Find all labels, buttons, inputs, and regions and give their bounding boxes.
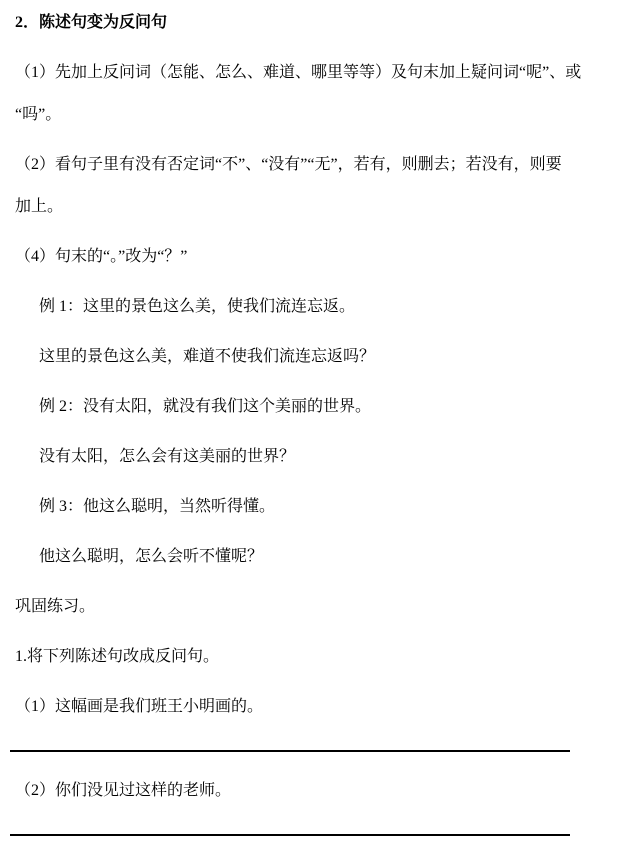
example-2-rhetorical: 没有太阳，怎么会有这美丽的世界？: [15, 436, 608, 478]
example-2-statement: 例 2：没有太阳，就没有我们这个美丽的世界。: [15, 386, 608, 428]
rule-2-line-2: 加上。: [15, 186, 608, 228]
example-3-statement: 例 3：他这么聪明，当然听得懂。: [15, 486, 608, 528]
example-1-rhetorical: 这里的景色这么美，难道不使我们流连忘返吗？: [15, 336, 608, 378]
worksheet-document: 2．陈述句变为反问句 （1）先加上反问词（怎能、怎么、难道、哪里等等）及句末加上…: [0, 0, 626, 845]
rule-2-line-1: （2）看句子里有没有否定词“不”、“没有”“无”，若有，则删去；若没有，则要: [15, 144, 608, 186]
answer-blank-line-2: [10, 834, 570, 836]
example-3-rhetorical: 他这么聪明，怎么会听不懂呢？: [15, 536, 608, 578]
answer-blank-line-1: [10, 750, 570, 752]
example-1-statement: 例 1：这里的景色这么美，使我们流连忘返。: [15, 286, 608, 328]
practice-item-2-prompt: （2）你们没见过这样的老师。: [15, 770, 608, 812]
section-heading: 2．陈述句变为反问句: [15, 2, 608, 44]
rule-4-paragraph: （4）句末的“。”改为“？”: [15, 236, 608, 278]
rule-1-line-1: （1）先加上反问词（怎能、怎么、难道、哪里等等）及句末加上疑问词“呢”、或: [15, 52, 608, 94]
practice-heading: 巩固练习。: [15, 586, 608, 628]
rule-1-line-2: “吗”。: [15, 94, 608, 136]
practice-item-1-prompt: （1）这幅画是我们班王小明画的。: [15, 686, 608, 728]
practice-instruction: 1.将下列陈述句改成反问句。: [15, 636, 608, 678]
rule-2-paragraph: （2）看句子里有没有否定词“不”、“没有”“无”，若有，则删去；若没有，则要 加…: [15, 144, 608, 228]
rule-1-paragraph: （1）先加上反问词（怎能、怎么、难道、哪里等等）及句末加上疑问词“呢”、或 “吗…: [15, 52, 608, 136]
